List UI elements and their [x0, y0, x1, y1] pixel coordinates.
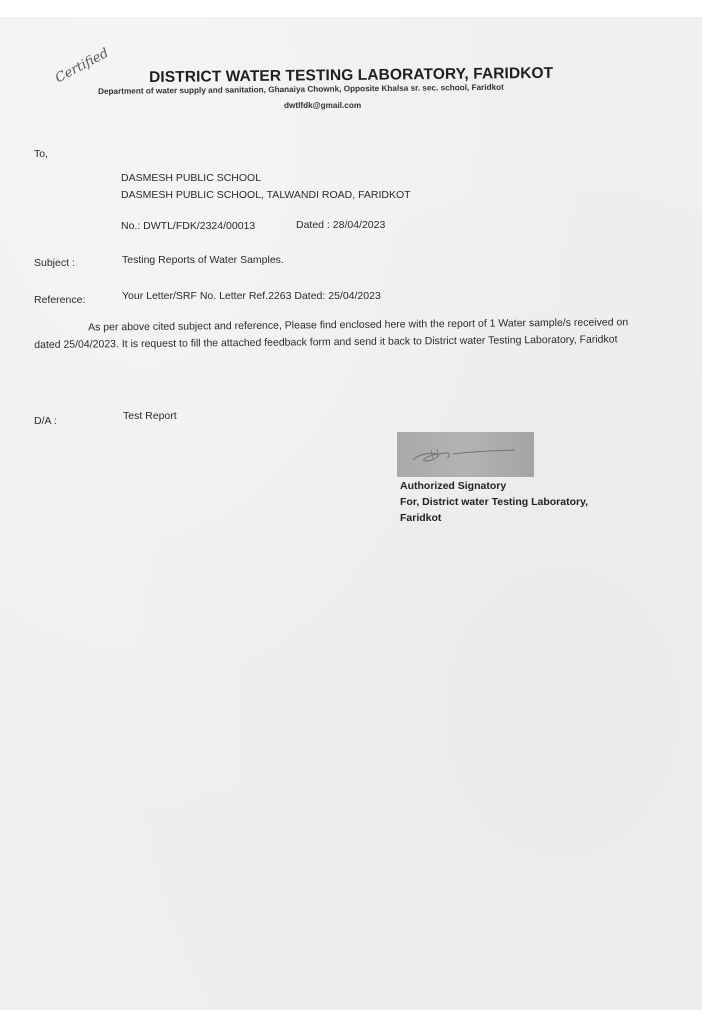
signature-scribble-icon	[397, 432, 534, 477]
recipient-address: DASMESH PUBLIC SCHOOL, TALWANDI ROAD, FA…	[121, 189, 411, 201]
signatory-location: Faridkot	[400, 510, 588, 526]
reference-label: Reference:	[34, 294, 85, 306]
recipient-name: DASMESH PUBLIC SCHOOL	[121, 172, 261, 184]
enclosure-value: Test Report	[123, 410, 177, 422]
signatory-title: Authorized Signatory	[400, 478, 588, 494]
to-label: To,	[34, 148, 48, 160]
signatory-organization: For, District water Testing Laboratory,	[400, 494, 588, 510]
signature-image	[397, 432, 534, 477]
subject-label: Subject :	[34, 257, 75, 269]
letter-date: Dated : 28/04/2023	[296, 219, 385, 231]
reference-value: Your Letter/SRF No. Letter Ref.2263 Date…	[122, 290, 381, 302]
document-page: Certified DISTRICT WATER TESTING LABORAT…	[0, 17, 702, 1010]
handwritten-annotation: Certified	[53, 46, 111, 86]
letter-number: No.: DWTL/FDK/2324/00013	[121, 220, 255, 232]
enclosure-label: D/A :	[34, 415, 57, 427]
signatory-block: Authorized Signatory For, District water…	[400, 478, 588, 526]
letter-body: As per above cited subject and reference…	[34, 314, 639, 354]
subject-value: Testing Reports of Water Samples.	[122, 254, 284, 266]
letterhead-email: dwtlfdk@gmail.com	[284, 101, 361, 110]
